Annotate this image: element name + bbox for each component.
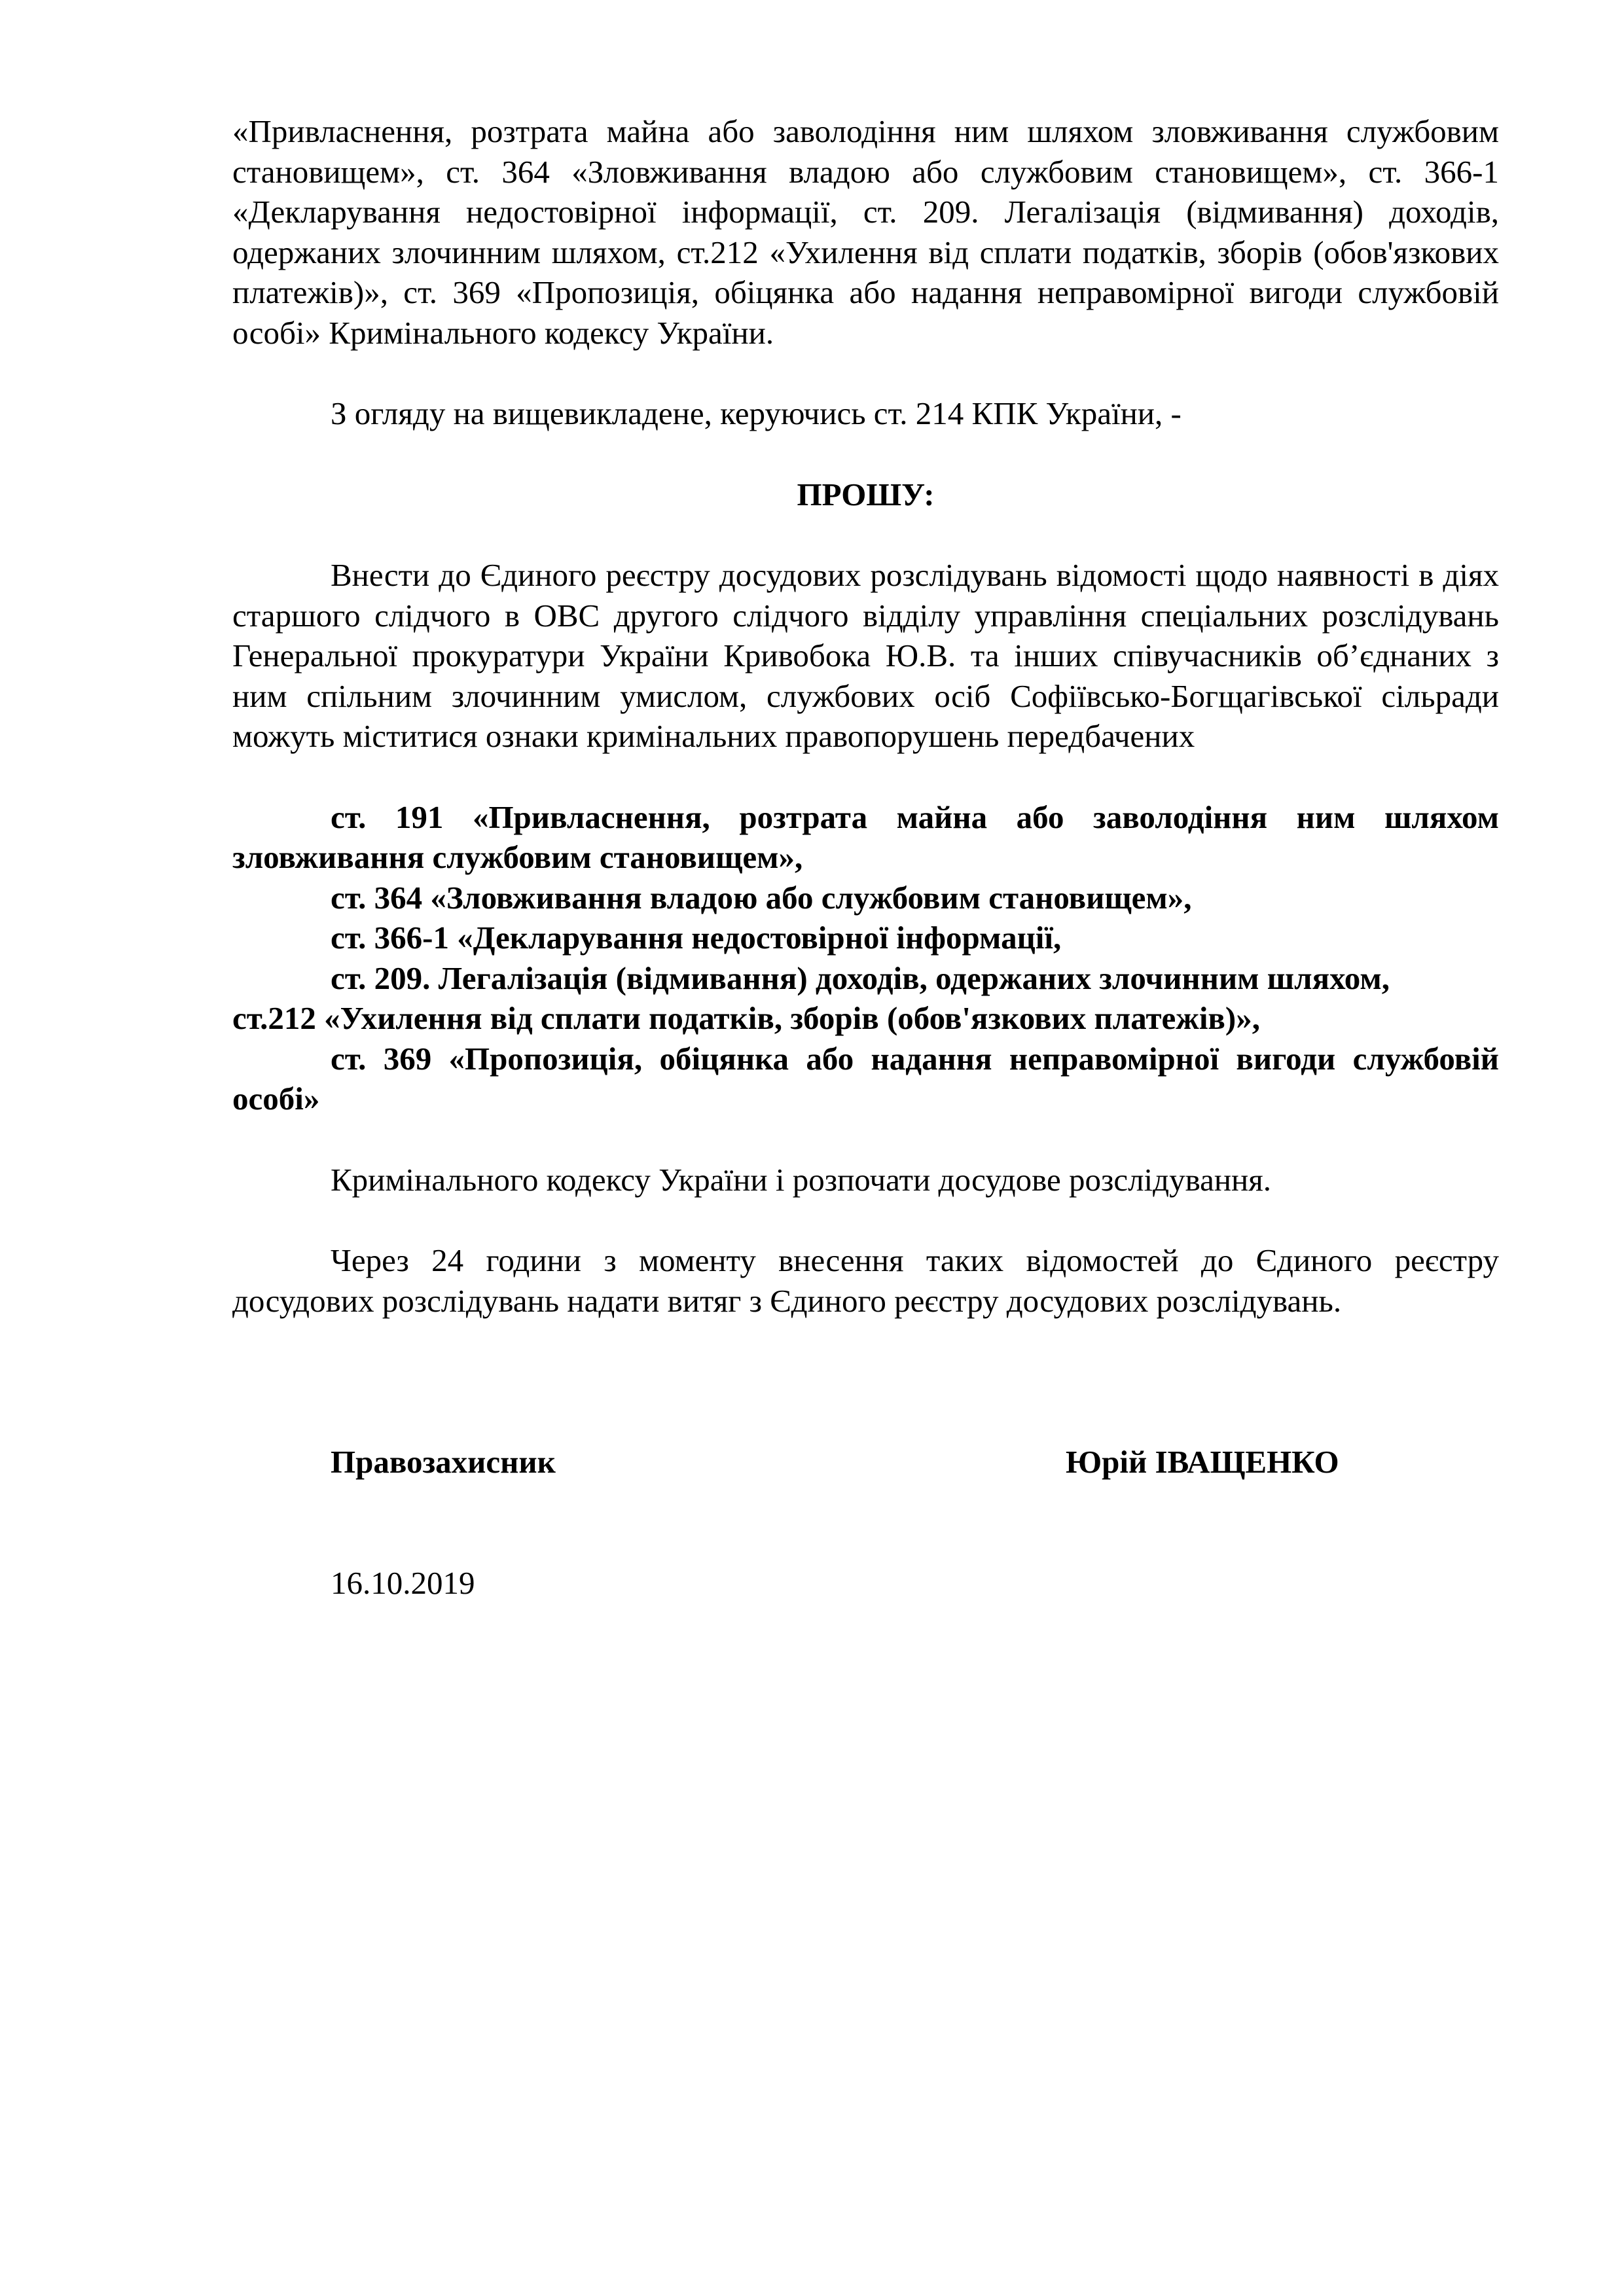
code-paragraph: Кримінального кодексу України і розпочат… — [232, 1160, 1499, 1200]
article-212: ст.212 «Ухилення від сплати податків, зб… — [232, 998, 1499, 1039]
document-page: «Привласнення, розтрата майна або заволо… — [232, 111, 1499, 1604]
article-366-1: ст. 366-1 «Декларування недостовірної ін… — [232, 918, 1499, 958]
articles-list: ст. 191 «Привласнення, розтрата майна аб… — [232, 797, 1499, 1119]
request-heading: ПРОШУ: — [232, 475, 1499, 515]
document-date: 16.10.2019 — [232, 1563, 1499, 1604]
basis-paragraph: З огляду на вищевикладене, керуючись ст.… — [232, 393, 1499, 434]
article-209: ст. 209. Легалізація (відмивання) доході… — [232, 958, 1499, 999]
extract-paragraph: Через 24 години з моменту внесення таких… — [232, 1240, 1499, 1321]
article-364: ст. 364 «Зловживання владою або службови… — [232, 878, 1499, 918]
signature-block: Правозахисник Юрій ІВАЩЕНКО — [232, 1442, 1499, 1482]
signature-name: Юрій ІВАЩЕНКО — [1066, 1442, 1339, 1482]
signature-role: Правозахисник — [331, 1442, 556, 1482]
article-191: ст. 191 «Привласнення, розтрата майна аб… — [232, 797, 1499, 878]
intro-paragraph: «Привласнення, розтрата майна або заволо… — [232, 111, 1499, 353]
request-paragraph: Внести до Єдиного реєстру досудових розс… — [232, 555, 1499, 757]
article-369: ст. 369 «Пропозиція, обіцянка або наданн… — [232, 1039, 1499, 1119]
